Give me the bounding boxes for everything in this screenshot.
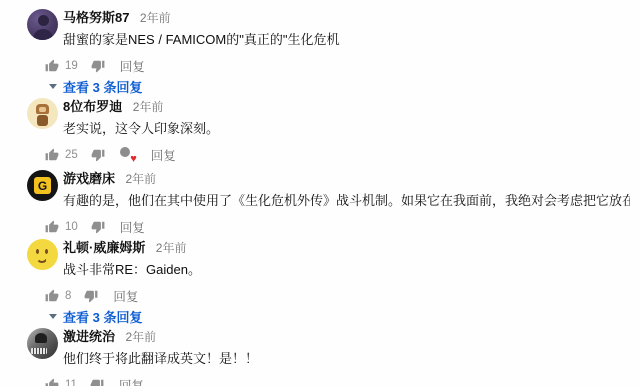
comment-author[interactable]: 8位布罗迪 [63, 99, 122, 114]
chevron-down-icon [49, 84, 57, 89]
thumb-up-icon [45, 220, 59, 234]
comment-author[interactable]: 激进统治 [63, 329, 115, 344]
comment-body: 马格努斯87 2年前 甜蜜的家是NES / FAMICOM的"真正的"生化危机 … [63, 9, 630, 94]
avatar[interactable] [27, 239, 58, 270]
view-replies-button[interactable]: 查看 3 条回复 [49, 79, 630, 94]
comment-actions: 10 回复 [45, 218, 630, 235]
avatar-art [39, 107, 46, 112]
thumb-up-icon [45, 59, 59, 73]
heart-icon: ♥ [130, 154, 137, 165]
like-count: 25 [65, 149, 78, 161]
like-count: 11 [65, 379, 77, 386]
comment-body: 激进统治 2年前 他们终于将此翻译成英文！是！！ 11 回复 [63, 328, 630, 386]
comment-author[interactable]: 游戏磨床 [63, 171, 115, 186]
creator-mini-avatar [120, 147, 130, 157]
comment-body: 8位布罗迪 2年前 老实说，这令人印象深刻。 25 ♥ 回复 [63, 98, 630, 163]
comment-actions: 11 回复 [45, 376, 630, 386]
comment-body: 游戏磨床 2年前 有趣的是，他们在其中使用了《生化危机外传》战斗机制。如果它在我… [63, 170, 630, 235]
comment-timestamp[interactable]: 2年前 [156, 241, 187, 255]
comment-thread: G 游戏磨床 2年前 有趣的是，他们在其中使用了《生化危机外传》战斗机制。如果它… [27, 170, 630, 235]
thumb-down-icon [84, 289, 98, 303]
like-count: 8 [65, 290, 71, 302]
avatar-art [35, 333, 47, 343]
comment-timestamp[interactable]: 2年前 [140, 11, 171, 25]
thumb-down-icon [91, 59, 105, 73]
comment-author[interactable]: 马格努斯87 [63, 10, 129, 25]
comment-timestamp[interactable]: 2年前 [133, 100, 164, 114]
thumb-down-icon [91, 148, 105, 162]
comment-author[interactable]: 礼顿·威廉姆斯 [63, 240, 145, 255]
chevron-down-icon [49, 314, 57, 319]
comment-text: 他们终于将此翻译成英文！是！！ [63, 350, 630, 368]
comment-header: 礼顿·威廉姆斯 2年前 [63, 240, 630, 256]
comment-header: 马格努斯87 2年前 [63, 10, 630, 26]
dislike-button[interactable] [90, 378, 104, 386]
view-replies-button[interactable]: 查看 3 条回复 [49, 309, 630, 324]
avatar-art [36, 256, 48, 263]
like-button[interactable] [45, 148, 59, 162]
thumb-up-icon [45, 148, 59, 162]
comment-actions: 25 ♥ 回复 [45, 146, 630, 163]
reply-button[interactable]: 回复 [113, 287, 138, 305]
like-count: 10 [65, 221, 78, 233]
like-count: 19 [65, 60, 78, 72]
comment-timestamp[interactable]: 2年前 [125, 330, 156, 344]
like-button[interactable] [45, 378, 59, 386]
comment-thread: 激进统治 2年前 他们终于将此翻译成英文！是！！ 11 回复 [27, 328, 630, 386]
comment-header: 激进统治 2年前 [63, 329, 630, 345]
comment-text: 战斗非常RE：Gaiden。 [63, 261, 630, 279]
avatar-art [33, 29, 53, 40]
thumb-down-icon [91, 220, 105, 234]
avatar[interactable] [27, 98, 58, 129]
reply-button[interactable]: 回复 [120, 57, 145, 75]
comment-header: 8位布罗迪 2年前 [63, 99, 630, 115]
avatar-art [37, 115, 48, 126]
comment-actions: 8 回复 [45, 287, 630, 304]
like-button[interactable] [45, 59, 59, 73]
comment-thread: 礼顿·威廉姆斯 2年前 战斗非常RE：Gaiden。 8 回复 查看 3 条回复 [27, 239, 630, 324]
avatar-art [38, 15, 49, 26]
comment-body: 礼顿·威廉姆斯 2年前 战斗非常RE：Gaiden。 8 回复 查看 3 条回复 [63, 239, 630, 324]
comment-thread: 8位布罗迪 2年前 老实说，这令人印象深刻。 25 ♥ 回复 [27, 98, 630, 163]
view-replies-label: 查看 3 条回复 [63, 77, 142, 96]
thumb-up-icon [45, 289, 59, 303]
avatar-letter: G [34, 177, 51, 194]
comment-timestamp[interactable]: 2年前 [125, 172, 156, 186]
comments-section: 马格努斯87 2年前 甜蜜的家是NES / FAMICOM的"真正的"生化危机 … [0, 0, 640, 386]
comment-text: 甜蜜的家是NES / FAMICOM的"真正的"生化危机 [63, 31, 630, 49]
avatar[interactable] [27, 328, 58, 359]
dislike-button[interactable] [91, 148, 105, 162]
like-button[interactable] [45, 289, 59, 303]
view-replies-label: 查看 3 条回复 [63, 307, 142, 326]
avatar-art [45, 249, 48, 254]
dislike-button[interactable] [84, 289, 98, 303]
comment-actions: 19 回复 [45, 57, 630, 74]
reply-button[interactable]: 回复 [151, 146, 176, 164]
dislike-button[interactable] [91, 220, 105, 234]
reply-button[interactable]: 回复 [120, 218, 145, 236]
thumb-up-icon [45, 378, 59, 386]
comment-text: 老实说，这令人印象深刻。 [63, 120, 630, 138]
avatar[interactable]: G [27, 170, 58, 201]
comment-header: 游戏磨床 2年前 [63, 171, 630, 187]
like-button[interactable] [45, 220, 59, 234]
avatar-art [31, 348, 47, 354]
reply-button[interactable]: 回复 [119, 376, 144, 386]
dislike-button[interactable] [91, 59, 105, 73]
avatar[interactable] [27, 9, 58, 40]
avatar-art [36, 249, 39, 254]
thumb-down-icon [90, 378, 104, 386]
creator-heart-badge[interactable]: ♥ [120, 147, 136, 162]
comment-thread: 马格努斯87 2年前 甜蜜的家是NES / FAMICOM的"真正的"生化危机 … [27, 9, 630, 94]
comment-text: 有趣的是，他们在其中使用了《生化危机外传》战斗机制。如果它在我面前，我绝对会考虑… [63, 192, 630, 210]
